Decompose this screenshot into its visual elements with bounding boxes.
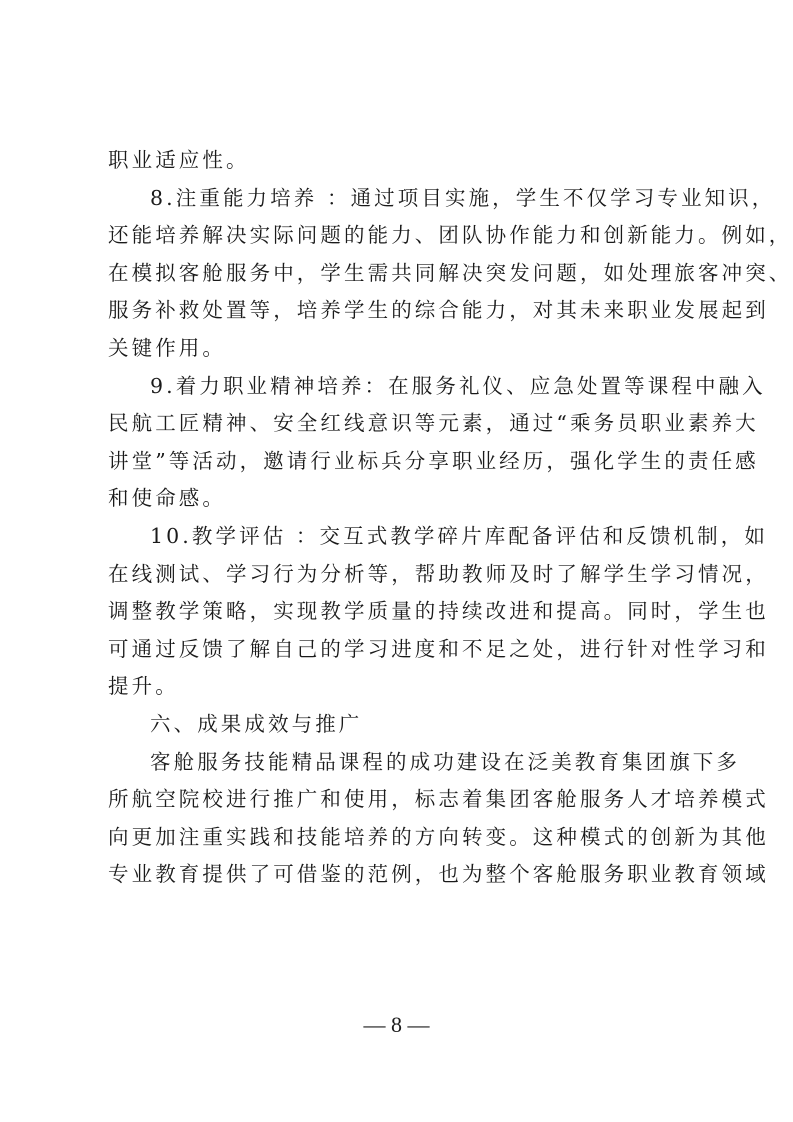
page-number: — 8 — bbox=[0, 1012, 793, 1038]
text-line: 服务补救处置等，培养学生的综合能力，对其未来职业发展起到 bbox=[108, 292, 692, 330]
text-line: 提升。 bbox=[108, 668, 692, 706]
text-line: 民航工匠精神、安全红线意识等元素，通过“乘务员职业素养大 bbox=[108, 405, 692, 443]
text-line: 专业教育提供了可借鉴的范例，也为整个客舱服务职业教育领域 bbox=[108, 856, 692, 894]
list-item-9-heading-line: 9.着力职业精神培养：在服务礼仪、应急处置等课程中融入 bbox=[108, 368, 692, 406]
text-line: 调整教学策略，实现教学质量的持续改进和提高。同时，学生也 bbox=[108, 593, 692, 631]
text-line: 职业适应性。 bbox=[108, 142, 692, 180]
paragraph-first-line: 客舱服务技能精品课程的成功建设在泛美教育集团旗下多 bbox=[108, 744, 692, 782]
section-heading: 六、成果成效与推广 bbox=[108, 706, 692, 744]
text-line: 向更加注重实践和技能培养的方向转变。这种模式的创新为其他 bbox=[108, 819, 692, 857]
text-line: 在模拟客舱服务中，学生需共同解决突发问题，如处理旅客冲突、 bbox=[108, 255, 692, 293]
list-item-10-heading-line: 10.教学评估 ：交互式教学碎片库配备评估和反馈机制，如 bbox=[108, 518, 692, 556]
text-line: 在线测试、学习行为分析等，帮助教师及时了解学生学习情况， bbox=[108, 556, 692, 594]
text-line: 所航空院校进行推广和使用，标志着集团客舱服务人才培养模式 bbox=[108, 781, 692, 819]
text-line: 和使命感。 bbox=[108, 480, 692, 518]
text-line: 还能培养解决实际问题的能力、团队协作能力和创新能力。例如， bbox=[108, 217, 692, 255]
list-item-8-heading-line: 8.注重能力培养 ：通过项目实施，学生不仅学习专业知识， bbox=[108, 180, 692, 218]
text-line: 可通过反馈了解自己的学习进度和不足之处，进行针对性学习和 bbox=[108, 631, 692, 669]
text-line: 讲堂”等活动，邀请行业标兵分享职业经历，强化学生的责任感 bbox=[108, 443, 692, 481]
document-body: 职业适应性。 8.注重能力培养 ：通过项目实施，学生不仅学习专业知识， 还能培养… bbox=[108, 142, 692, 894]
text-line: 关键作用。 bbox=[108, 330, 692, 368]
